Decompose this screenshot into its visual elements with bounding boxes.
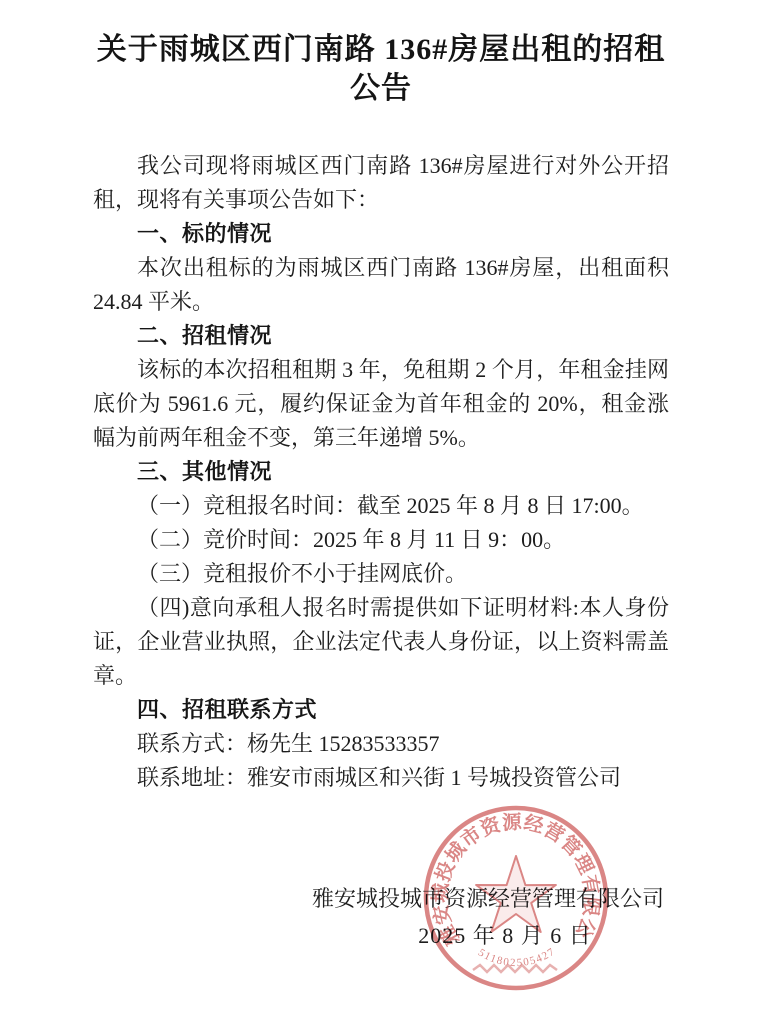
announcement-page: 关于雨城区西门南路 136#房屋出租的招租 公告 我公司现将雨城区西门南路 13…: [0, 0, 762, 1010]
section-paragraph: （二）竞价时间：2025 年 8 月 11 日 9：00。: [93, 523, 669, 557]
signature-date: 2025 年 8 月 6 日: [346, 921, 664, 951]
section-paragraph: 联系方式：杨先生 15283533357: [93, 727, 669, 761]
sections: 一、标的情况本次出租标的为雨城区西门南路 136#房屋，出租面积 24.84 平…: [93, 217, 669, 795]
section-paragraph: （一）竞租报名时间：截至 2025 年 8 月 8 日 17:00。: [93, 489, 669, 523]
section-paragraph: 联系地址：雅安市雨城区和兴街 1 号城投资管公司: [93, 761, 669, 795]
section-heading: 一、标的情况: [93, 217, 669, 251]
document-body: 我公司现将雨城区西门南路 136#房屋进行对外公开招租，现将有关事项公告如下： …: [93, 149, 669, 795]
title-line-1: 关于雨城区西门南路 136#房屋出租的招租: [93, 30, 669, 69]
section-heading: 三、其他情况: [93, 455, 669, 489]
section-paragraph: 本次出租标的为雨城区西门南路 136#房屋，出租面积 24.84 平米。: [93, 251, 669, 319]
signature-block: 雅安城投城市资源经营管理有限公司 2025 年 8 月 6 日: [312, 884, 664, 951]
title-line-2: 公告: [93, 69, 669, 108]
section-heading: 四、招租联系方式: [93, 693, 669, 727]
page-title: 关于雨城区西门南路 136#房屋出租的招租 公告: [93, 30, 669, 108]
section-paragraph: （四)意向承租人报名时需提供如下证明材料:本人身份证，企业营业执照，企业法定代表…: [93, 591, 669, 693]
signature-company: 雅安城投城市资源经营管理有限公司: [312, 884, 664, 914]
section-paragraph: （三）竞租报价不小于挂网底价。: [93, 557, 669, 591]
seal-wave-pattern: [473, 965, 557, 972]
intro-paragraph: 我公司现将雨城区西门南路 136#房屋进行对外公开招租，现将有关事项公告如下：: [93, 149, 669, 217]
section-heading: 二、招租情况: [93, 319, 669, 353]
section-paragraph: 该标的本次招租租期 3 年，免租期 2 个月，年租金挂网底价为 5961.6 元…: [93, 353, 669, 455]
